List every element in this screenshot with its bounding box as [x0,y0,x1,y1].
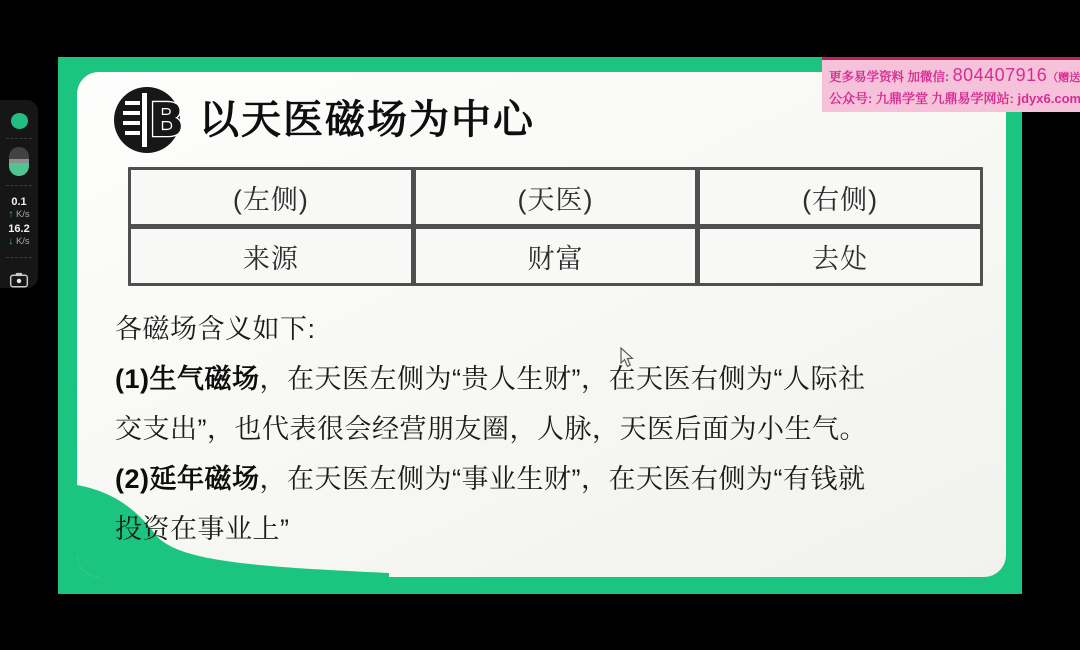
jiuding-seal-logo-icon: B [113,86,181,154]
text-line-2: 交支出”，也代表很会经营朋友圈，人脉，天医后面为小生气。 [115,404,977,454]
table-header-right: (右侧) [700,170,980,224]
table-cell-wealth: 财富 [416,229,696,283]
record-capsule-button[interactable] [9,147,29,177]
table-header-center: (天医) [416,170,696,224]
table-cell-source: 来源 [131,229,411,283]
upload-speed: 0.1 ↑ K/s [8,196,29,221]
table-cell-destination: 去处 [700,229,980,283]
text-line-1: (1)生气磁场，在天医左侧为“贵人生财”，在天医右侧为“人际社 [115,354,977,404]
screen-recorder-toolbar[interactable]: 0.1 ↑ K/s 16.2 ↓ K/s [0,100,38,288]
magnetic-field-table: (左侧) (天医) (右侧) 来源 财富 去处 [128,167,983,286]
toolbar-divider [6,257,32,258]
svg-text:B: B [149,93,181,147]
toolbar-divider [6,138,32,139]
record-status-dot[interactable] [11,113,28,129]
watermark-line-2: 公众号: 九鼎学堂 九鼎易学网站: jdyx6.com [829,88,1073,110]
watermark-line-1: 更多易学资料 加微信: 804407916（赠送资料） [829,65,1073,88]
watermark-banner: 更多易学资料 加微信: 804407916（赠送资料） 公众号: 九鼎学堂 九鼎… [822,57,1080,112]
intro-line: 各磁场含义如下: [115,304,977,354]
text-line-3: (2)延年磁场，在天医左侧为“事业生财”，在天医右侧为“有钱就 [115,454,977,504]
slide-header: B 以天医磁场为中心 [113,86,535,154]
mouse-cursor-icon [620,347,635,368]
download-speed: 16.2 ↓ K/s [8,223,29,248]
page-title: 以天医磁场为中心 [199,86,535,154]
toolbar-divider [6,185,32,186]
slide-card: B 以天医磁场为中心 (左侧) (天医) (右侧) 来源 财富 去处 各磁场含义… [77,72,1006,577]
table-header-left: (左侧) [131,170,411,224]
camera-screenshot-icon[interactable] [9,272,29,288]
up-arrow-icon: ↑ [8,209,13,220]
slide-body-text: 各磁场含义如下: (1)生气磁场，在天医左侧为“贵人生财”，在天医右侧为“人际社… [115,304,977,554]
text-line-4: 投资在事业上” [115,504,977,554]
down-arrow-icon: ↓ [8,236,13,247]
wechat-number: 804407916 [953,65,1048,85]
